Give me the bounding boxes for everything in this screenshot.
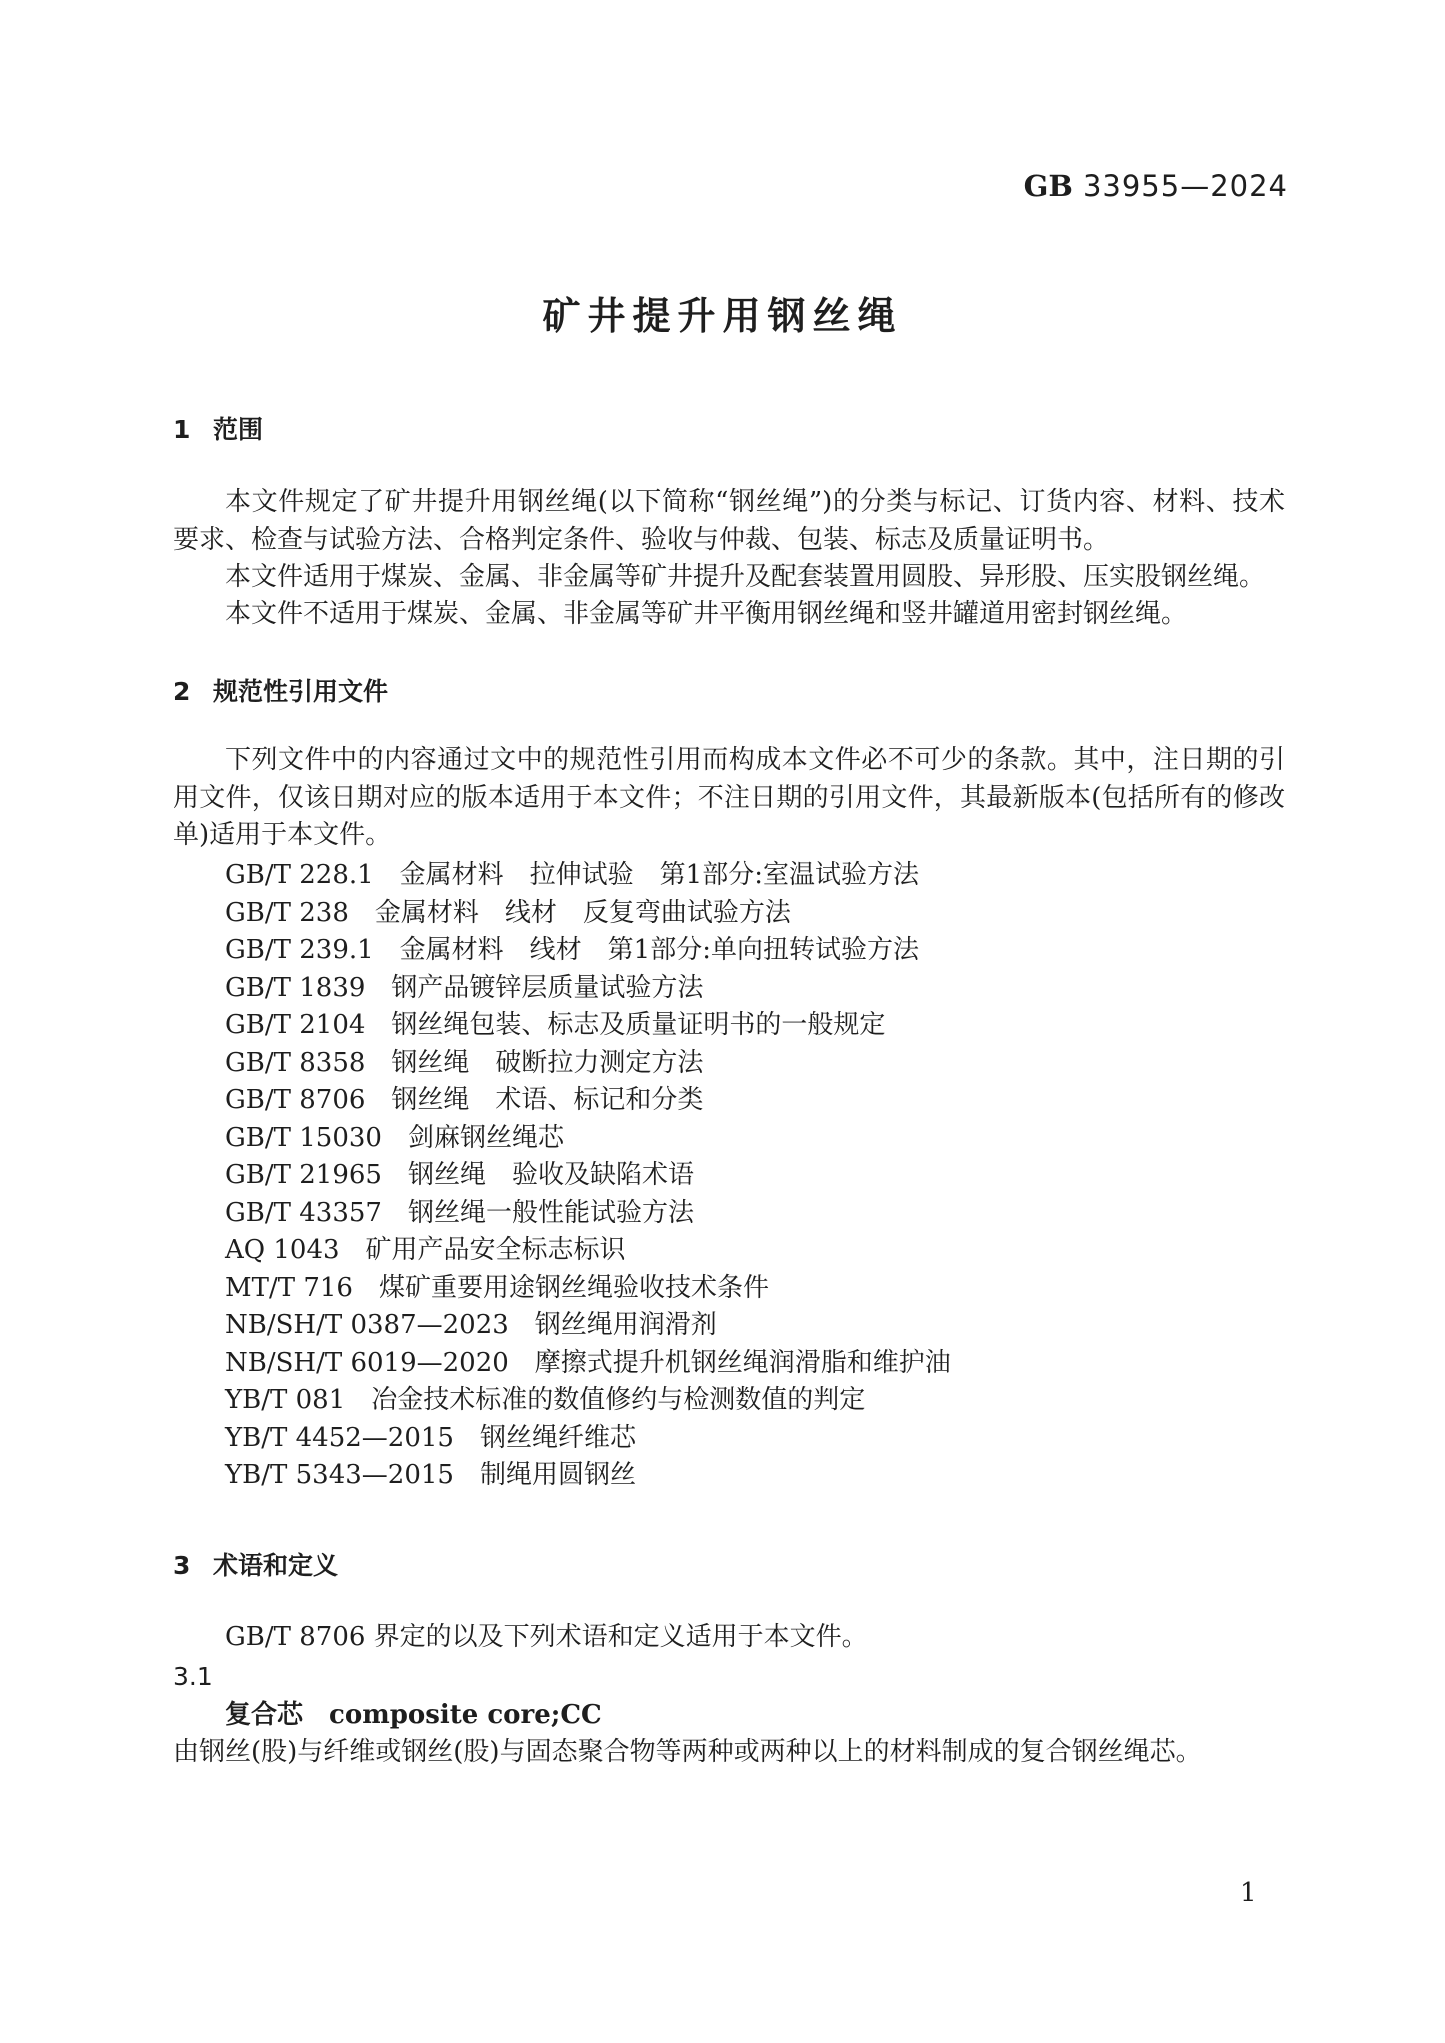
reference-item: YB/T 081 冶金技术标准的数值修约与检测数值的判定: [173, 1382, 1285, 1420]
reference-item: MT/T 716 煤矿重要用途钢丝绳验收技术条件: [173, 1270, 1285, 1308]
reference-item: AQ 1043 矿用产品安全标志标识: [173, 1232, 1285, 1270]
reference-item: GB/T 21965 钢丝绳 验收及缺陷术语: [173, 1157, 1285, 1195]
clause-3-1-number: 3.1: [173, 1662, 1285, 1692]
reference-item: NB/SH/T 6019—2020 摩擦式提升机钢丝绳润滑脂和维护油: [173, 1345, 1285, 1383]
scope-paragraph-2: 本文件适用于煤炭、金属、非金属等矿井提升及配套装置用圆股、异形股、压实股钢丝绳。: [173, 559, 1285, 597]
section-1-heading: 1范围: [173, 415, 1285, 445]
reference-item: NB/SH/T 0387—2023 钢丝绳用润滑剂: [173, 1307, 1285, 1345]
reference-item: GB/T 15030 剑麻钢丝绳芯: [173, 1120, 1285, 1158]
term-definition-text: 由钢丝(股)与纤维或钢丝(股)与固态聚合物等两种或两种以上的材料制成的复合钢丝绳…: [173, 1734, 1285, 1772]
page-number: 1: [1240, 1878, 1257, 1908]
term-en: composite core;CC: [329, 1700, 602, 1730]
reference-item: GB/T 43357 钢丝绳一般性能试验方法: [173, 1195, 1285, 1233]
section-1-number: 1: [173, 415, 213, 445]
reference-item: YB/T 4452—2015 钢丝绳纤维芯: [173, 1420, 1285, 1458]
reference-item: GB/T 228.1 金属材料 拉伸试验 第1部分:室温试验方法: [173, 857, 1285, 895]
normative-references-list: GB/T 228.1 金属材料 拉伸试验 第1部分:室温试验方法 GB/T 23…: [173, 857, 1285, 1495]
scope-paragraph-3: 本文件不适用于煤炭、金属、非金属等矿井平衡用钢丝绳和竖井罐道用密封钢丝绳。: [173, 596, 1285, 634]
terms-intro: GB/T 8706 界定的以及下列术语和定义适用于本文件。: [173, 1619, 1285, 1657]
reference-item: YB/T 5343—2015 制绳用圆钢丝: [173, 1457, 1285, 1495]
normative-references-intro: 下列文件中的内容通过文中的规范性引用而构成本文件必不可少的条款。其中，注日期的引…: [173, 742, 1285, 855]
scope-paragraph-1: 本文件规定了矿井提升用钢丝绳(以下简称“钢丝绳”)的分类与标记、订货内容、材料、…: [173, 484, 1285, 559]
section-2-heading-text: 规范性引用文件: [213, 677, 388, 706]
section-2-number: 2: [173, 677, 213, 707]
document-title: 矿井提升用钢丝绳: [0, 294, 1445, 338]
standard-code: GB33955—2024: [1024, 171, 1288, 201]
reference-item: GB/T 1839 钢产品镀锌层质量试验方法: [173, 970, 1285, 1008]
section-1-heading-text: 范围: [213, 415, 263, 444]
section-3-heading: 3术语和定义: [173, 1551, 1285, 1581]
term-zh: 复合芯: [225, 1700, 303, 1730]
standard-code-number: 33955—2024: [1083, 169, 1288, 203]
reference-item: GB/T 239.1 金属材料 线材 第1部分:单向扭转试验方法: [173, 932, 1285, 970]
reference-item: GB/T 8358 钢丝绳 破断拉力测定方法: [173, 1045, 1285, 1083]
section-2-heading: 2规范性引用文件: [173, 677, 1285, 707]
section-3-heading-text: 术语和定义: [213, 1551, 338, 1580]
document-page: GB33955—2024 矿井提升用钢丝绳 1范围 本文件规定了矿井提升用钢丝绳…: [0, 0, 1445, 2043]
section-3-number: 3: [173, 1551, 213, 1581]
reference-item: GB/T 238 金属材料 线材 反复弯曲试验方法: [173, 895, 1285, 933]
reference-item: GB/T 2104 钢丝绳包装、标志及质量证明书的一般规定: [173, 1007, 1285, 1045]
reference-item: GB/T 8706 钢丝绳 术语、标记和分类: [173, 1082, 1285, 1120]
standard-code-prefix: GB: [1024, 169, 1073, 203]
term-definition-heading: 复合芯composite core;CC: [173, 1697, 1285, 1735]
